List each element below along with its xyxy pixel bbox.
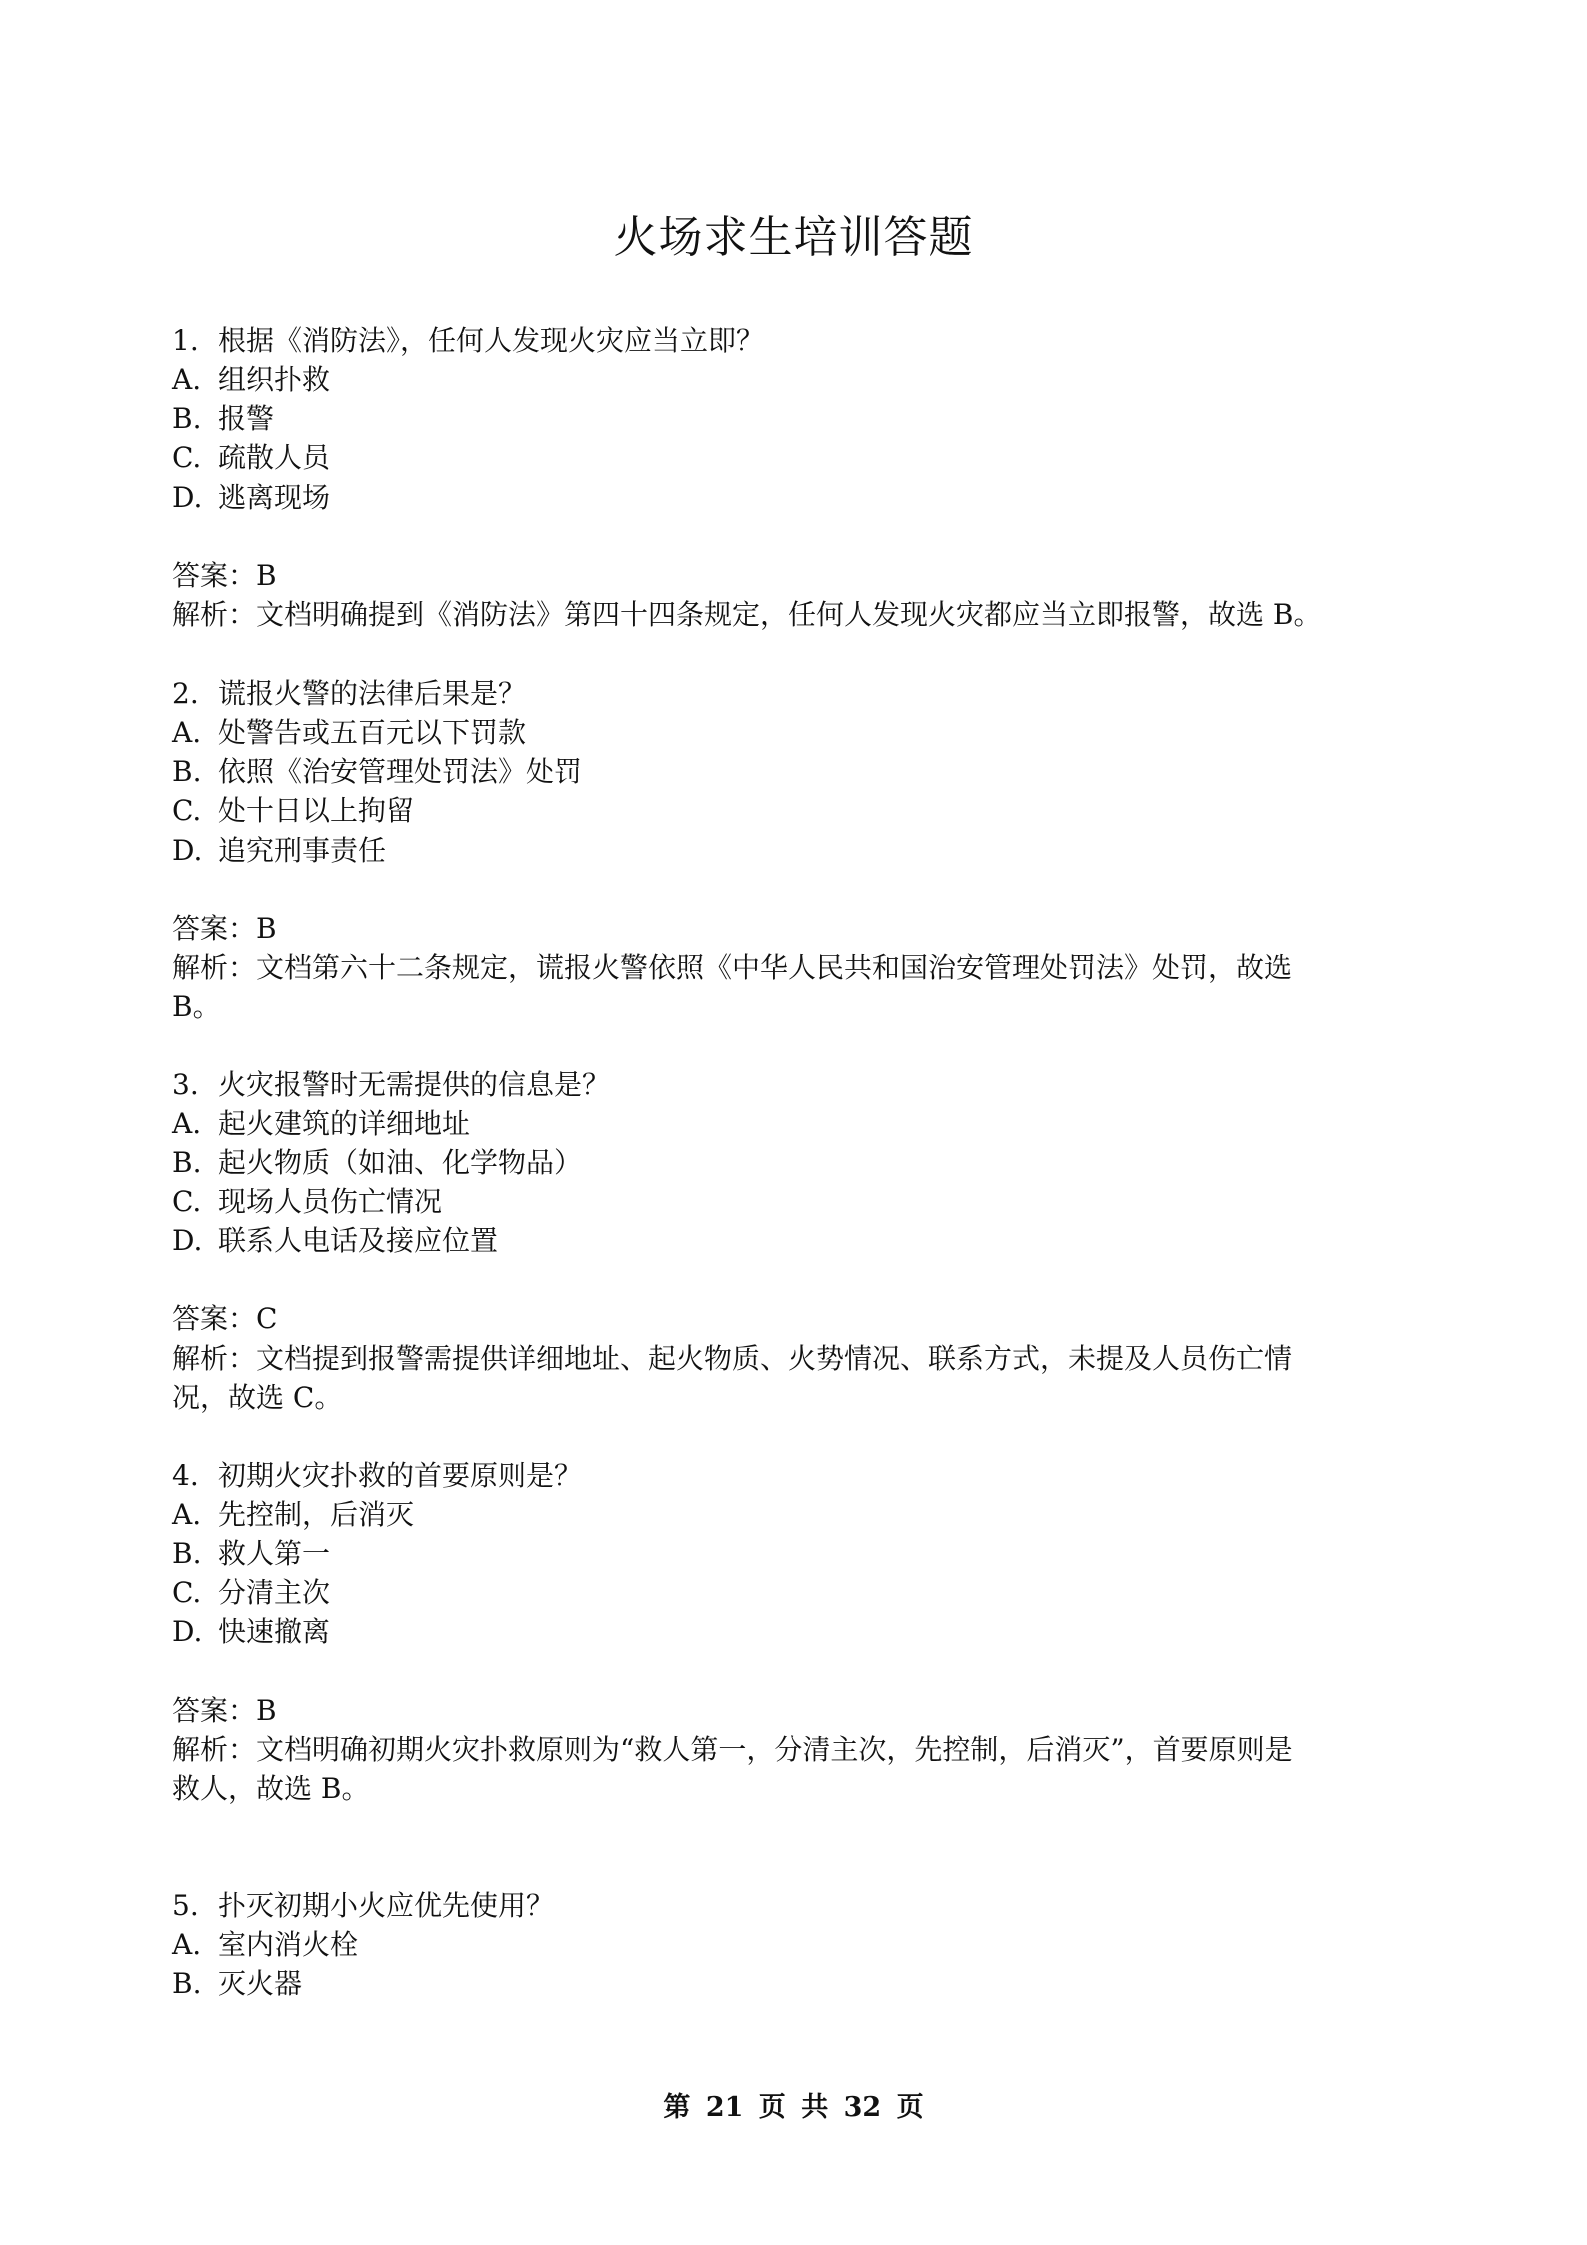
option-text: 灭火器 (218, 1967, 302, 2000)
question-stem: 谎报火警的法律后果是？ (218, 677, 526, 710)
option-text: 联系人电话及接应位置 (218, 1224, 498, 1257)
option-c: C.处十日以上拘留 (172, 791, 414, 831)
option-d: D.联系人电话及接应位置 (172, 1221, 498, 1261)
option-text: 现场人员伤亡情况 (218, 1185, 442, 1218)
option-label: D. (172, 1612, 218, 1652)
question-text: 5.扑灭初期小火应优先使用？ (172, 1886, 554, 1926)
option-label: B. (172, 1964, 218, 2004)
option-a: A.起火建筑的详细地址 (172, 1104, 470, 1144)
question-text: 2.谎报火警的法律后果是？ (172, 674, 526, 714)
option-label: A. (172, 713, 218, 753)
explanation-line: 解析：文档提到报警需提供详细地址、起火物质、火势情况、联系方式，未提及人员伤亡情 (172, 1339, 1292, 1379)
option-text: 分清主次 (218, 1576, 330, 1609)
question-text: 4.初期火灾扑救的首要原则是？ (172, 1456, 582, 1496)
explanation-line: 况，故选 C。 (172, 1378, 342, 1418)
option-label: D. (172, 1221, 218, 1261)
option-b: B.救人第一 (172, 1534, 330, 1574)
question-number: 3. (172, 1065, 218, 1105)
option-b: B.依照《治安管理处罚法》处罚 (172, 752, 582, 792)
option-text: 快速撤离 (218, 1615, 330, 1648)
option-label: B. (172, 399, 218, 439)
option-text: 疏散人员 (218, 441, 330, 474)
option-a: A.先控制，后消灭 (172, 1495, 414, 1535)
option-label: A. (172, 1104, 218, 1144)
page-number-footer: 第 21 页 共 32 页 (0, 2088, 1587, 2128)
question-number: 4. (172, 1456, 218, 1496)
option-label: D. (172, 831, 218, 871)
question-number: 2. (172, 674, 218, 714)
question-text: 1.根据《消防法》，任何人发现火灾应当立即？ (172, 321, 764, 361)
option-a: A.处警告或五百元以下罚款 (172, 713, 526, 753)
option-a: A.室内消火栓 (172, 1925, 358, 1965)
answer-line: 答案：C (172, 1299, 277, 1339)
option-d: D.追究刑事责任 (172, 831, 386, 871)
option-text: 室内消火栓 (218, 1928, 358, 1961)
option-b: B.报警 (172, 399, 274, 439)
option-label: C. (172, 791, 218, 831)
option-label: C. (172, 1182, 218, 1222)
option-c: C.现场人员伤亡情况 (172, 1182, 442, 1222)
option-text: 依照《治安管理处罚法》处罚 (218, 755, 582, 788)
option-label: C. (172, 1573, 218, 1613)
option-label: B. (172, 752, 218, 792)
option-d: D.逃离现场 (172, 478, 330, 518)
option-label: C. (172, 438, 218, 478)
explanation-line: 解析：文档第六十二条规定，谎报火警依照《中华人民共和国治安管理处罚法》处罚，故选 (172, 948, 1292, 988)
option-label: D. (172, 478, 218, 518)
option-text: 起火物质（如油、化学物品） (218, 1146, 582, 1179)
question-number: 5. (172, 1886, 218, 1926)
option-label: B. (172, 1534, 218, 1574)
explanation-line: 救人，故选 B。 (172, 1769, 369, 1809)
answer-line: 答案：B (172, 1691, 277, 1731)
explanation-line: B。 (172, 987, 221, 1027)
option-text: 救人第一 (218, 1537, 330, 1570)
option-text: 先控制，后消灭 (218, 1498, 414, 1531)
option-text: 处十日以上拘留 (218, 794, 414, 827)
explanation-line: 解析：文档明确初期火灾扑救原则为“救人第一，分清主次，先控制，后消灭”，首要原则… (172, 1730, 1293, 1770)
option-label: A. (172, 360, 218, 400)
option-text: 起火建筑的详细地址 (218, 1107, 470, 1140)
question-stem: 火灾报警时无需提供的信息是？ (218, 1068, 610, 1101)
question-text: 3.火灾报警时无需提供的信息是？ (172, 1065, 610, 1105)
option-c: C.分清主次 (172, 1573, 330, 1613)
option-c: C.疏散人员 (172, 438, 330, 478)
option-label: B. (172, 1143, 218, 1183)
question-stem: 初期火灾扑救的首要原则是？ (218, 1459, 582, 1492)
question-stem: 根据《消防法》，任何人发现火灾应当立即？ (218, 324, 764, 357)
page-title: 火场求生培训答题 (0, 208, 1587, 268)
option-text: 追究刑事责任 (218, 834, 386, 867)
option-label: A. (172, 1925, 218, 1965)
option-d: D.快速撤离 (172, 1612, 330, 1652)
explanation-line: 解析：文档明确提到《消防法》第四十四条规定，任何人发现火灾都应当立即报警，故选 … (172, 595, 1321, 635)
option-text: 逃离现场 (218, 481, 330, 514)
option-label: A. (172, 1495, 218, 1535)
option-a: A.组织扑救 (172, 360, 330, 400)
option-text: 处警告或五百元以下罚款 (218, 716, 526, 749)
option-b: B.灭火器 (172, 1964, 302, 2004)
question-stem: 扑灭初期小火应优先使用？ (218, 1889, 554, 1922)
question-number: 1. (172, 321, 218, 361)
document-page: 火场求生培训答题 1.根据《消防法》，任何人发现火灾应当立即？ A.组织扑救 B… (0, 0, 1587, 2245)
answer-line: 答案：B (172, 556, 277, 596)
answer-line: 答案：B (172, 909, 277, 949)
option-text: 组织扑救 (218, 363, 330, 396)
option-b: B.起火物质（如油、化学物品） (172, 1143, 582, 1183)
option-text: 报警 (218, 402, 274, 435)
